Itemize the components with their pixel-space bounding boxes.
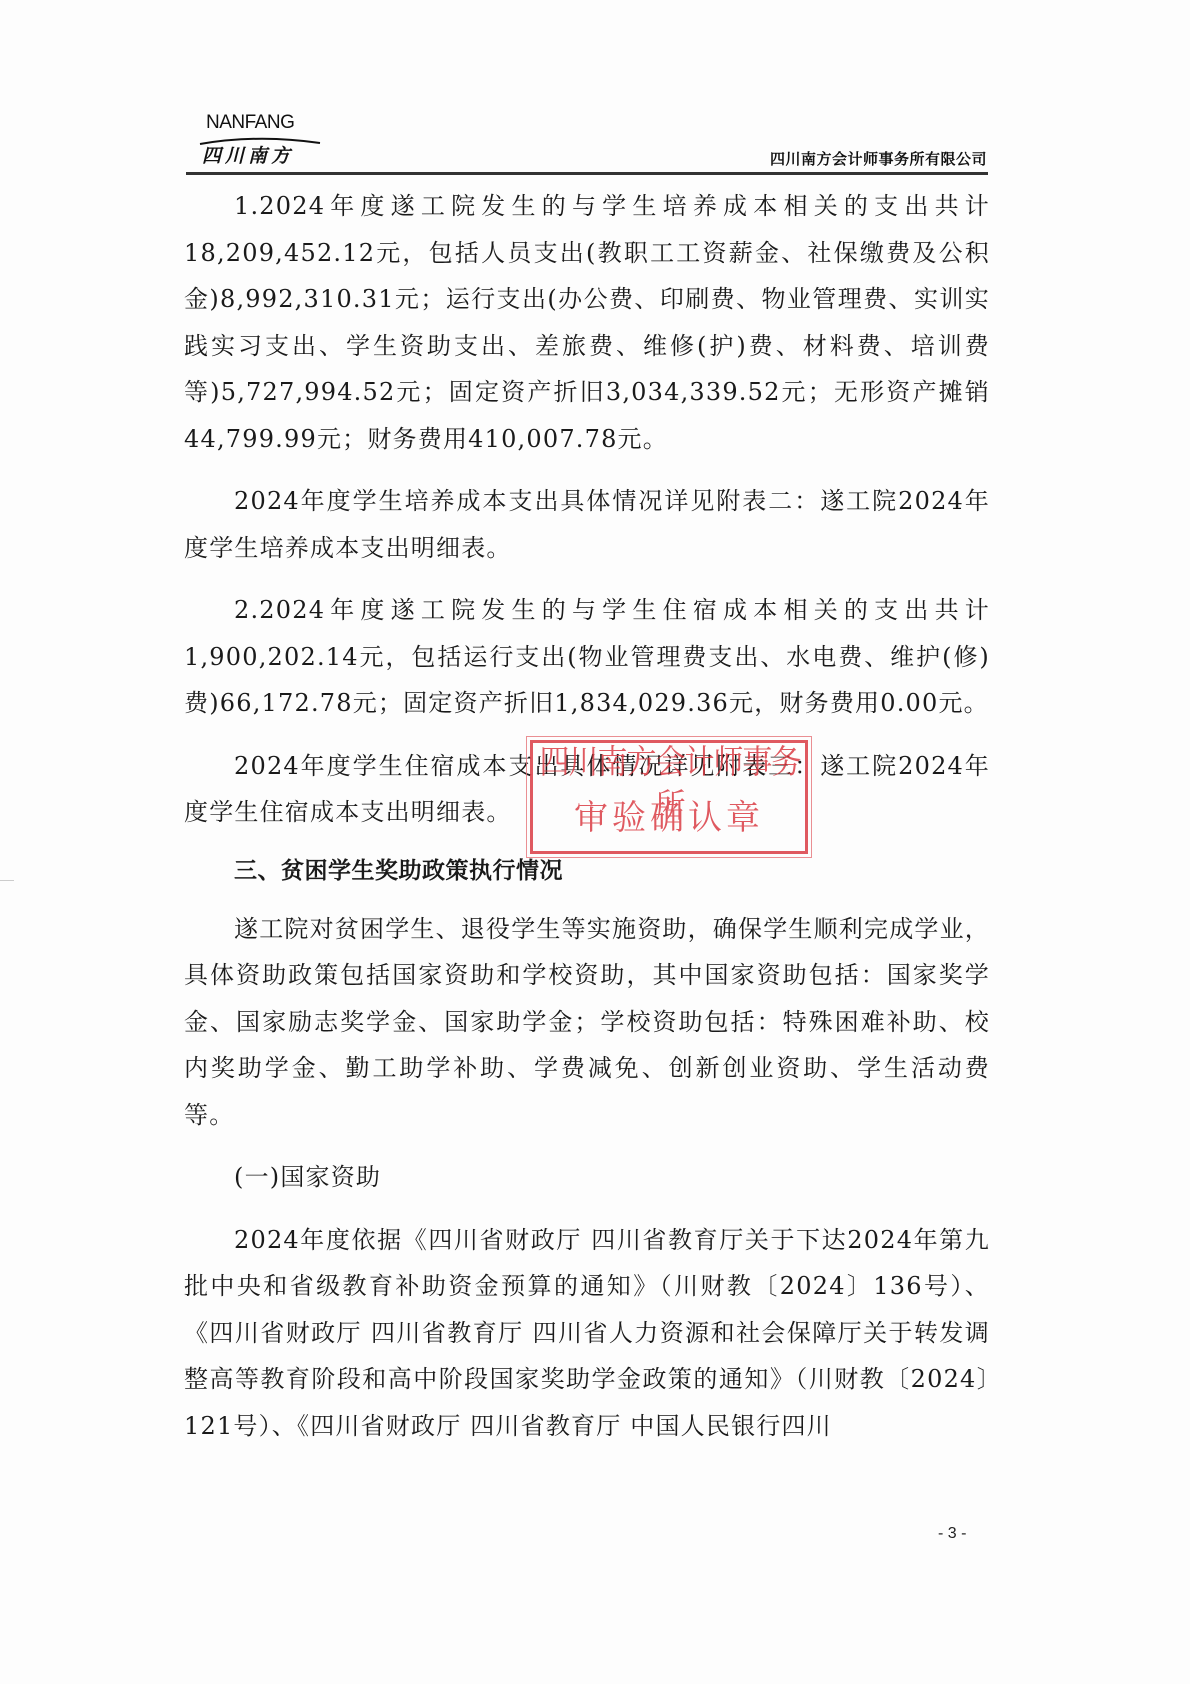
- paragraph-lodging-cost: 2.2024年度遂工院发生的与学生住宿成本相关的支出共计1,900,202.14…: [184, 587, 990, 727]
- paragraph-training-cost: 1.2024年度遂工院发生的与学生培养成本相关的支出共计18,209,452.1…: [184, 183, 990, 462]
- paragraph-training-cost-detail: 18,209,452.12元，包括人员支出(教职工工资薪金、社保缴费及公积金)8…: [184, 239, 990, 453]
- section-heading-poverty-aid: 三、贫困学生奖助政策执行情况: [184, 848, 990, 894]
- header-divider: [186, 172, 988, 175]
- logo-chinese-text: 四川南方: [202, 141, 294, 168]
- scan-mark: [0, 880, 14, 881]
- document-page: NANFANG 四川南方 四川南方会计师事务所有限公司 1.2024年度遂工院发…: [0, 0, 1190, 1684]
- paragraph-lodging-cost-detail: 1,900,202.14元，包括运行支出(物业管理费支出、水电费、维护(修)费)…: [184, 643, 990, 718]
- stamp-confirmation-text: 审验确认章: [533, 795, 805, 841]
- company-name: 四川南方会计师事务所有限公司: [770, 148, 987, 169]
- paragraph-national-aid-basis: 2024年度依据《四川省财政厅 四川省教育厅关于下达2024年第九批中央和省级教…: [184, 1217, 990, 1450]
- subheading-national-aid: (一)国家资助: [184, 1154, 990, 1201]
- audit-confirmation-stamp: 四川南方会计师事务所 审验确认章: [530, 740, 808, 854]
- logo-english-text: NANFANG: [206, 112, 294, 134]
- paragraph-training-cost-lead: 1.2024年度遂工院发生的与学生培养成本相关的支出共计: [234, 192, 990, 220]
- paragraph-aid-policy: 遂工院对贫困学生、退役学生等实施资助，确保学生顺利完成学业，具体资助政策包括国家…: [184, 906, 990, 1139]
- paragraph-lodging-cost-lead: 2.2024年度遂工院发生的与学生住宿成本相关的支出共计: [234, 596, 990, 624]
- paragraph-training-appendix: 2024年度学生培养成本支出具体情况详见附表二：遂工院2024年度学生培养成本支…: [184, 478, 990, 571]
- page-number: - 3 -: [938, 1525, 966, 1543]
- nanfang-logo: NANFANG 四川南方: [198, 108, 328, 168]
